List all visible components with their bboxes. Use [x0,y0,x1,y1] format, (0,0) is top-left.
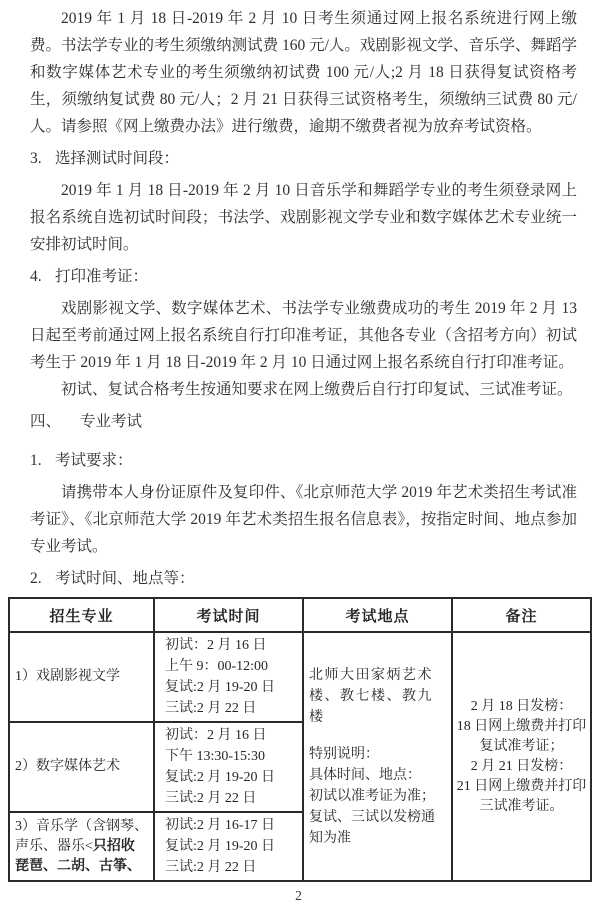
item-2-title: 考试时间、地点等： [55,570,195,587]
item-1-title: 考试要求： [55,452,133,469]
section-4-title: 专业考试 [80,413,142,430]
cell-major-1: 1）戏剧影视文学 [9,632,154,722]
column-header-major: 招生专业 [9,598,154,632]
list-item-3: 3.选择测试时间段： [30,145,577,172]
page-number: 2 [0,888,597,904]
item-3-title: 选择测试时间段： [55,150,179,167]
table-header-row: 招生专业 考试时间 考试地点 备注 [9,598,591,632]
cell-times-1: 初试：2 月 16 日 上午 9：00-12:00 复试:2 月 19-20 日… [154,632,303,722]
column-header-remarks: 备注 [452,598,591,632]
exam-schedule-table: 招生专业 考试时间 考试地点 备注 1）戏剧影视文学 初试：2 月 16 日 上… [8,597,592,882]
item-3-number: 3. [30,145,55,172]
cell-remarks: 2 月 18 日发榜： 18 日网上缴费并打印 复试准考证； 2 月 21 日发… [452,632,591,881]
cell-times-3: 初试:2 月 16-17 日 复试:2 月 19-20 日 三试:2 月 22 … [154,812,303,881]
paragraph-payment: 2019 年 1 月 18 日-2019 年 2 月 10 日考生须通过网上报名… [30,5,577,140]
section-4-heading: 四、专业考试 [30,408,577,435]
paragraph-print-1: 戏剧影视文学、数字媒体艺术、书法学专业缴费成功的考生 2019 年 2 月 13… [30,295,577,376]
cell-major-2: 2）数字媒体艺术 [9,722,154,812]
paragraph-print-2: 初试、复试合格考生按通知要求在网上缴费后自行打印复试、三试准考证。 [30,376,577,403]
list-item-2: 2.考试时间、地点等： [30,565,577,592]
item-2-number: 2. [30,565,55,592]
item-4-number: 4. [30,263,55,290]
list-item-1: 1.考试要求： [30,447,577,474]
cell-exam-location: 北师大田家炳艺术 楼、教七楼、教九楼 特别说明： 具体时间、地点： 初试以准考证… [303,632,452,881]
item-4-title: 打印准考证： [55,268,148,285]
list-item-4: 4.打印准考证： [30,263,577,290]
column-header-location: 考试地点 [303,598,452,632]
section-4-number: 四、 [30,408,80,435]
location-main-text: 北师大田家炳艺术 楼、教七楼、教九楼 [309,665,446,728]
paragraph-timeslot: 2019 年 1 月 18 日-2019 年 2 月 10 日音乐学和舞蹈学专业… [30,177,577,258]
cell-times-2: 初试：2 月 16 日 下午 13:30-15:30 复试:2 月 19-20 … [154,722,303,812]
item-1-number: 1. [30,447,55,474]
cell-major-3: 3）音乐学（含钢琴、 声乐、器乐<只招收 琵琶、二胡、古筝、 [9,812,154,881]
document-page: 2019 年 1 月 18 日-2019 年 2 月 10 日考生须通过网上报名… [30,5,577,904]
location-note-text: 特别说明： 具体时间、地点： 初试以准考证为准； 复试、三试以发榜通知为准 [309,744,446,849]
column-header-time: 考试时间 [154,598,303,632]
paragraph-requirements: 请携带本人身份证原件及复印件、《北京师范大学 2019 年艺术类招生考试准考证》… [30,479,577,560]
table-row: 1）戏剧影视文学 初试：2 月 16 日 上午 9：00-12:00 复试:2 … [9,632,591,722]
